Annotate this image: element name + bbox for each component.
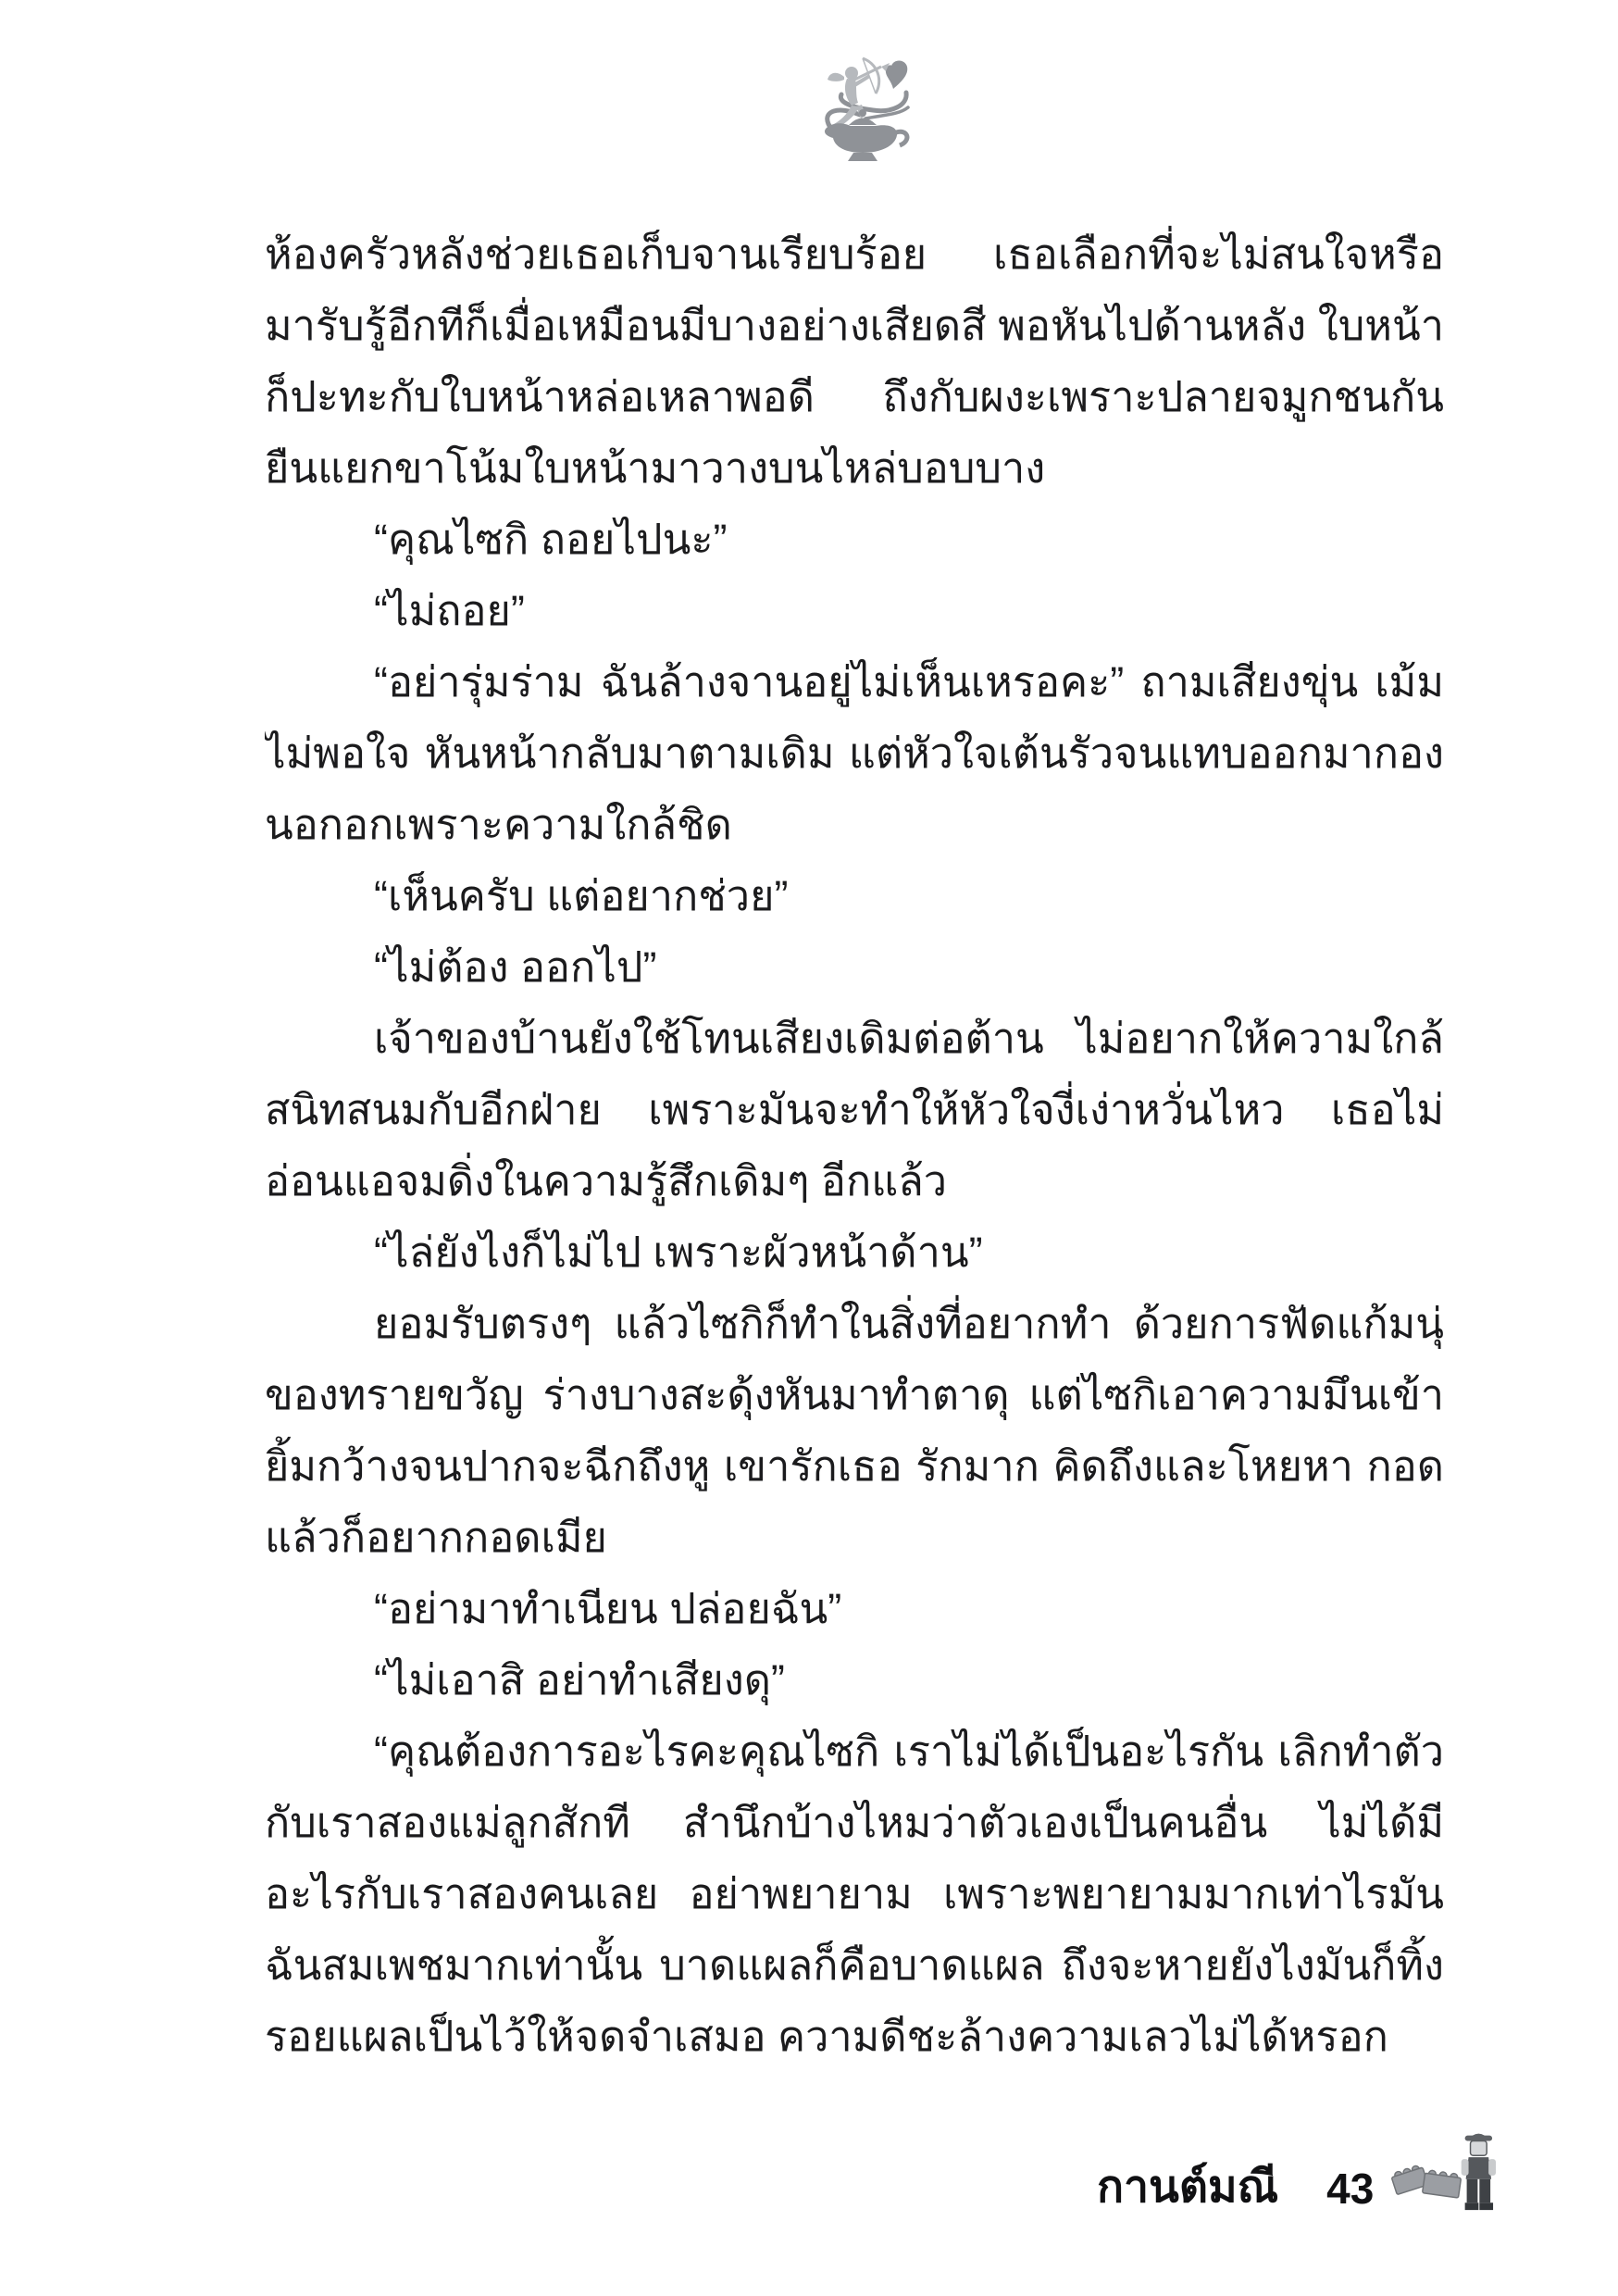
text-line: แล้วก็อยากกอดเมีย — [265, 1502, 1444, 1573]
book-page: ห้องครัวหลังช่วยเธอเก็บจานเรียบร้อย เธอเ… — [0, 0, 1618, 2296]
text-line: ฉันสมเพชมากเท่านั้น บาดแผลก็คือบาดแผล ถึ… — [265, 1929, 1444, 2001]
page-footer: กานต์มณี 43 — [1097, 2118, 1503, 2220]
text-line: อ่อนแอจมดิ่งในความรู้สึกเดิมๆ อีกแล้ว — [265, 1145, 1444, 1217]
text-line: “อย่ามาทำเนียน ปล่อยฉัน” — [265, 1573, 1444, 1644]
text-line: “ไม่เอาสิ อย่าทำเสียงดุ” — [265, 1644, 1444, 1716]
lego-builder-icon — [1390, 2117, 1503, 2220]
text-line: “คุณต้องการอะไรคะคุณไซกิ เราไม่ได้เป็นอะ… — [265, 1716, 1444, 1787]
text-line: ของทรายขวัญ ร่างบางสะดุ้งหันมาทำตาดุ แต่… — [265, 1359, 1444, 1430]
text-line: “คุณไซกิ ถอยไปนะ” — [265, 504, 1444, 575]
text-line: นอกอกเพราะความใกล้ชิด — [265, 789, 1444, 860]
text-line: ยอมรับตรงๆ แล้วไซกิก็ทำในสิ่งที่อยากทำ ด… — [265, 1288, 1444, 1359]
text-line: “อย่ารุ่มร่าม ฉันล้างจานอยู่ไม่เห็นเหรอค… — [265, 646, 1444, 717]
text-line: ไม่พอใจ หันหน้ากลับมาตามเดิม แต่หัวใจเต้… — [265, 717, 1444, 789]
text-line: กับเราสองแม่ลูกสักที สำนึกบ้างไหมว่าตัวเ… — [265, 1787, 1444, 1858]
text-line: อะไรกับเราสองคนเลย อย่าพยายาม เพราะพยายา… — [265, 1858, 1444, 1929]
cupid-genie-lamp-icon — [809, 54, 915, 165]
text-line: “ไม่ต้อง ออกไป” — [265, 931, 1444, 1003]
text-line: “เห็นครับ แต่อยากช่วย” — [265, 860, 1444, 931]
text-line: ก็ปะทะกับใบหน้าหล่อเหลาพอดี ถึงกับผงะเพร… — [265, 361, 1444, 432]
body-text: ห้องครัวหลังช่วยเธอเก็บจานเรียบร้อย เธอเ… — [265, 218, 1444, 2072]
text-line: “ไม่ถอย” — [265, 575, 1444, 646]
text-line: “ไล่ยังไงก็ไม่ไป เพราะผัวหน้าด้าน” — [265, 1217, 1444, 1288]
running-title: กานต์มณี — [1097, 2163, 1278, 2220]
text-line: เจ้าของบ้านยังใช้โทนเสียงเดิมต่อต้าน ไม่… — [265, 1003, 1444, 1074]
text-line: ห้องครัวหลังช่วยเธอเก็บจานเรียบร้อย เธอเ… — [265, 218, 1444, 290]
text-line: รอยแผลเป็นไว้ให้จดจำเสมอ ความดีชะล้างควา… — [265, 2001, 1444, 2072]
page-number: 43 — [1326, 2165, 1374, 2220]
text-line: ยืนแยกขาโน้มใบหน้ามาวางบนไหล่บอบบาง — [265, 432, 1444, 504]
text-line: ยิ้มกว้างจนปากจะฉีกถึงหู เขารักเธอ รักมา… — [265, 1430, 1444, 1502]
text-line: มารับรู้อีกทีก็เมื่อเหมือนมีบางอย่างเสีย… — [265, 290, 1444, 361]
text-line: สนิทสนมกับอีกฝ่าย เพราะมันจะทำให้หัวใจงี… — [265, 1074, 1444, 1145]
